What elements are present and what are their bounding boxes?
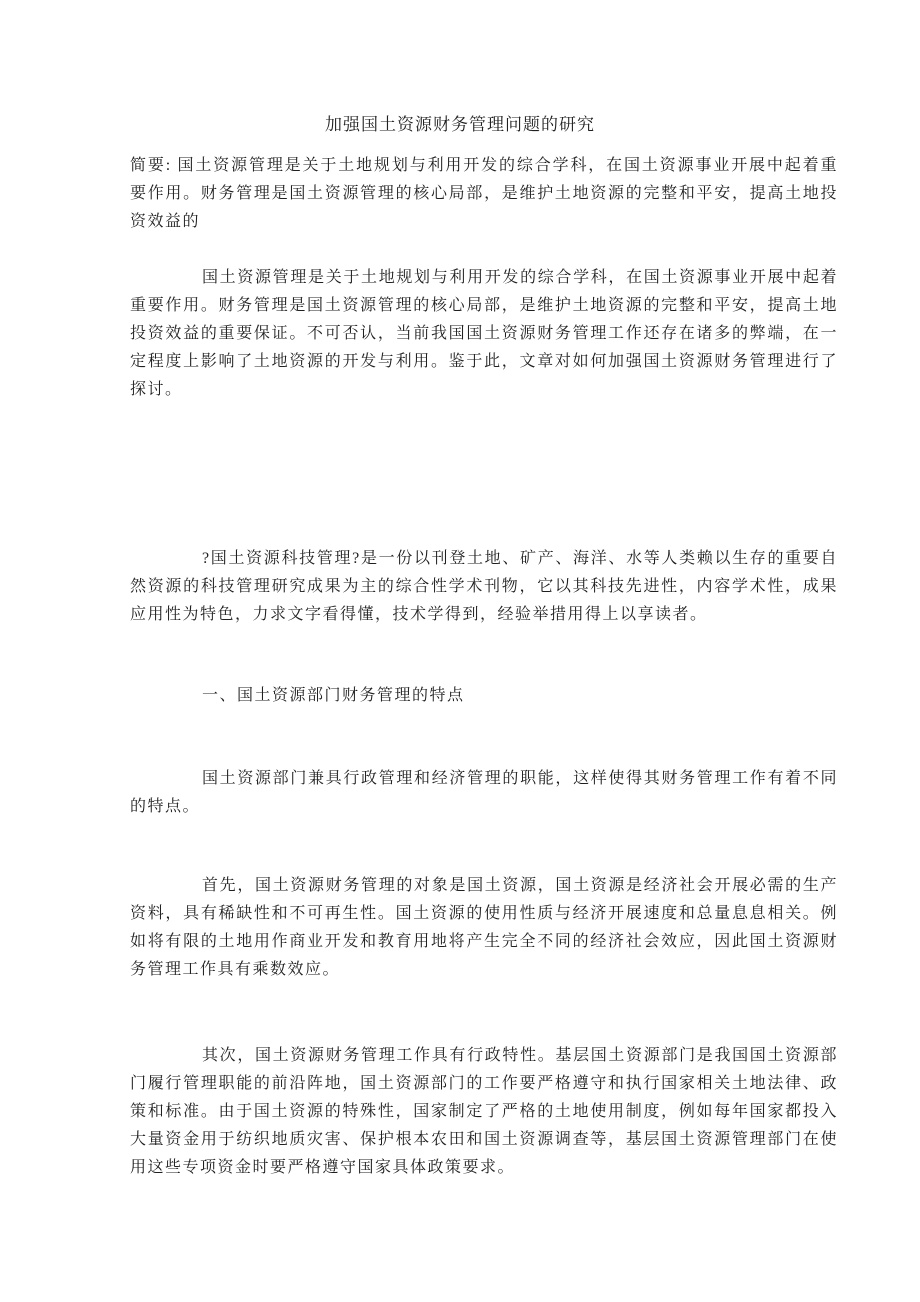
document-header: 加强国土资源财务管理问题的研究	[0, 0, 920, 139]
point-first-paragraph: 首先，国土资源财务管理的对象是国土资源，国土资源是经济社会开展必需的生产资料，具…	[130, 872, 838, 984]
abstract-paragraph: 简要: 国土资源管理是关于土地规划与利用开发的综合学科，在国土资源事业开展中起着…	[130, 152, 838, 236]
document-title-text: 加强国土资源财务管理问题的研究	[325, 115, 595, 134]
point-second-paragraph: 其次，国土资源财务管理工作具有行政特性。基层国土资源部门是我国国土资源部门履行管…	[130, 1042, 838, 1182]
intro-paragraph: 国土资源管理是关于土地规划与利用开发的综合学科，在国土资源事业开展中起着重要作用…	[130, 264, 838, 404]
document-title: 加强国土资源财务管理问题的研究	[0, 111, 920, 139]
document-body: 简要: 国土资源管理是关于土地规划与利用开发的综合学科，在国土资源事业开展中起着…	[0, 152, 920, 1182]
section-1-intro-paragraph: 国土资源部门兼具行政管理和经济管理的职能，这样使得其财务管理工作有着不同的特点。	[130, 765, 838, 821]
document-page: 加强国土资源财务管理问题的研究 简要: 国土资源管理是关于土地规划与利用开发的综…	[0, 0, 920, 1302]
section-1-heading: 一、国土资源部门财务管理的特点	[130, 682, 838, 710]
journal-note-paragraph: ?国土资源科技管理?是一份以刊登土地、矿产、海洋、水等人类赖以生存的重要自然资源…	[130, 545, 838, 629]
